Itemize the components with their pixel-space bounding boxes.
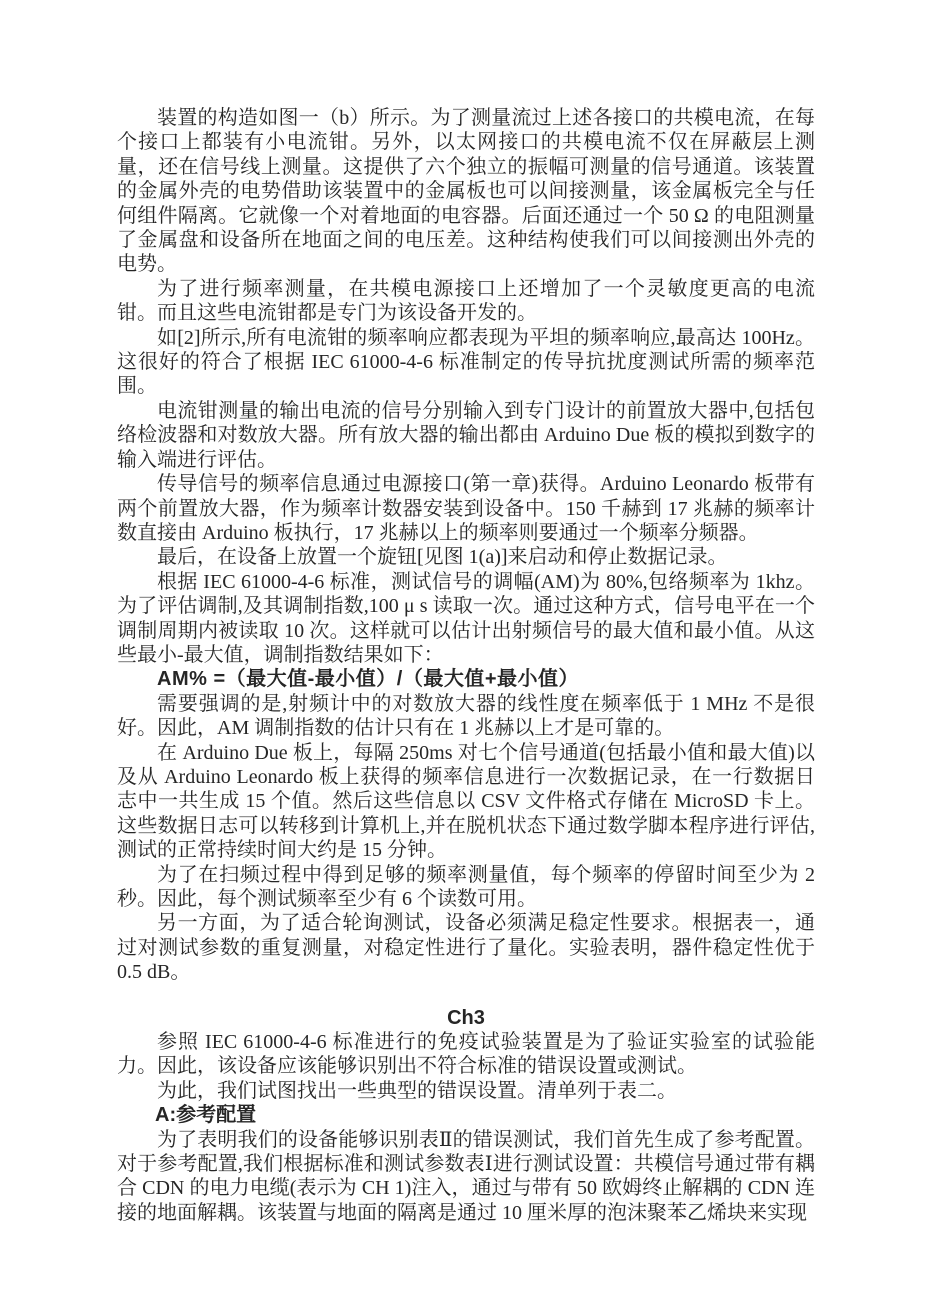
formula-line: AM% =（最大值-最小值）/（最大值+最小值） [117,667,815,691]
body-paragraph: 装置的构造如图一（b）所示。为了测量流过上述各接口的共模电流，在每个接口上都装有… [117,106,815,277]
body-paragraph: 为此，我们试图找出一些典型的错误设置。清单列于表二。 [117,1079,815,1103]
subsection-heading: A:参考配置 [117,1103,815,1127]
body-paragraph: 电流钳测量的输出电流的信号分别输入到专门设计的前置放大器中,包括包络检波器和对数… [117,399,815,472]
chapter-heading: Ch3 [117,1006,815,1030]
body-paragraph: 在 Arduino Due 板上，每隔 250ms 对七个信号通道(包括最小值和… [117,741,815,863]
body-paragraph: 根据 IEC 61000-4-6 标准，测试信号的调幅(AM)为 80%,包络频… [117,570,815,668]
body-paragraph: 最后，在设备上放置一个旋钮[见图 1(a)]来启动和停止数据记录。 [117,545,815,569]
document-content: 装置的构造如图一（b）所示。为了测量流过上述各接口的共模电流，在每个接口上都装有… [117,106,815,1225]
body-paragraph: 参照 IEC 61000-4-6 标准进行的免疫试验装置是为了验证实验室的试验能… [117,1030,815,1079]
body-paragraph: 需要强调的是,射频计中的对数放大器的线性度在频率低于 1 MHz 不是很好。因此… [117,692,815,741]
body-paragraph: 另一方面，为了适合轮询测试，设备必须满足稳定性要求。根据表一，通过对测试参数的重… [117,911,815,984]
body-paragraph: 如[2]所示,所有电流钳的频率响应都表现为平坦的频率响应,最高达 100Hz。这… [117,326,815,399]
body-paragraph: 传导信号的频率信息通过电源接口(第一章)获得。Arduino Leonardo … [117,472,815,545]
body-paragraph: 为了进行频率测量，在共模电源接口上还增加了一个灵敏度更高的电流钳。而且这些电流钳… [117,277,815,326]
body-paragraph: 为了表明我们的设备能够识别表Ⅱ的错误测试，我们首先生成了参考配置。对于参考配置,… [117,1128,815,1226]
document-page: 装置的构造如图一（b）所示。为了测量流过上述各接口的共模电流，在每个接口上都装有… [0,0,926,1309]
body-paragraph: 为了在扫频过程中得到足够的频率测量值，每个频率的停留时间至少为 2 秒。因此，每… [117,863,815,912]
